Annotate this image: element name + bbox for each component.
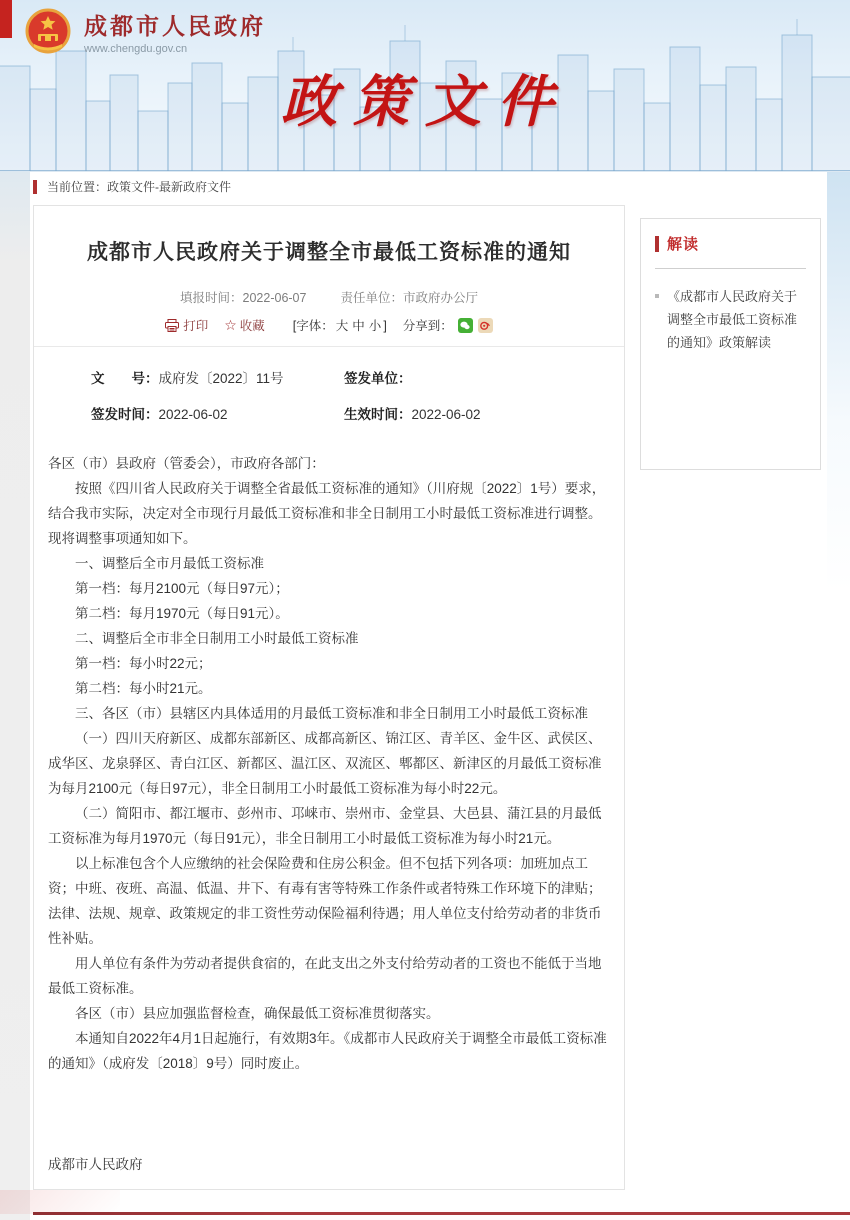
body-paragraph: 按照《四川省人民政府关于调整全省最低工资标准的通知》（川府规〔2022〕1号）要… xyxy=(48,476,611,551)
right-gutter xyxy=(827,172,850,592)
effective-date-field: 生效时间：2022-06-02 xyxy=(344,403,591,423)
font-size-medium-button[interactable]: 中 xyxy=(352,319,365,333)
unit-value: 市政府办公厅 xyxy=(403,291,478,305)
print-label: 打印 xyxy=(183,316,208,334)
footer-red-line xyxy=(33,1212,850,1215)
effective-date-value: 2022-06-02 xyxy=(412,407,481,422)
report-time-label: 填报时间： xyxy=(180,291,243,305)
sign-date-label: 签发时间： xyxy=(91,407,159,422)
share-label: 分享到： xyxy=(403,316,453,334)
document-meta: 填报时间：2022-06-07责任单位：市政府办公厅 xyxy=(34,288,624,306)
top-left-red-accent xyxy=(0,0,12,38)
favorite-button[interactable]: ☆ 收藏 xyxy=(224,316,265,334)
star-icon: ☆ xyxy=(224,317,237,334)
breadcrumb-path[interactable]: 政策文件-最新政府文件 xyxy=(107,180,231,194)
font-size-control: [字体：大中小] xyxy=(293,316,387,334)
wechat-share-icon[interactable] xyxy=(458,318,473,333)
body-paragraph: 第一档：每小时22元； xyxy=(48,651,611,676)
doc-number-value: 成府发〔2022〕11号 xyxy=(159,371,284,386)
interpretation-panel: 解读 《成都市人民政府关于调整全市最低工资标准的通知》政策解读 xyxy=(640,218,821,470)
body-paragraph: （二）简阳市、都江堰市、彭州市、邛崃市、崇州市、金堂县、大邑县、蒲江县的月最低工… xyxy=(48,801,611,851)
body-paragraph: （一）四川天府新区、成都东部新区、成都高新区、锦江区、青羊区、金牛区、武侯区、成… xyxy=(48,726,611,801)
breadcrumb: 当前位置：政策文件-最新政府文件 xyxy=(33,178,231,195)
issuer-label: 签发单位： xyxy=(344,371,412,386)
body-paragraph: 用人单位有条件为劳动者提供食宿的，在此支出之外支付给劳动者的工资也不能低于当地最… xyxy=(48,951,611,1001)
left-gutter xyxy=(0,172,30,1220)
sign-date-field: 签发时间：2022-06-02 xyxy=(91,403,344,423)
body-paragraph: 本通知自2022年4月1日起施行，有效期3年。《成都市人民政府关于调整全市最低工… xyxy=(48,1026,611,1076)
interpretation-link[interactable]: 《成都市人民政府关于调整全市最低工资标准的通知》政策解读 xyxy=(655,285,806,354)
body-paragraph: 三、各区（市）县辖区内具体适用的月最低工资标准和非全日制用工小时最低工资标准 xyxy=(48,701,611,726)
site-logo[interactable]: 成都市人民政府 www.chengdu.gov.cn xyxy=(24,8,266,56)
banner-title: 政策文件 xyxy=(0,58,850,138)
breadcrumb-label: 当前位置： xyxy=(47,180,107,194)
body-paragraph: 以上标准包含个人应缴纳的社会保险费和住房公积金。但不包括下列各项：加班加点工资；… xyxy=(48,851,611,951)
site-url: www.chengdu.gov.cn xyxy=(84,43,266,55)
body-paragraph: 第二档：每小时21元。 xyxy=(48,676,611,701)
sign-date-value: 2022-06-02 xyxy=(159,407,228,422)
body-paragraph: 第一档：每月2100元（每日97元）； xyxy=(48,576,611,601)
bottom-left-glow xyxy=(0,1190,120,1214)
national-emblem-icon xyxy=(24,8,72,56)
sidebar-divider xyxy=(655,268,806,269)
signature-block: 成都市人民政府 2022年6月2日 xyxy=(34,1148,624,1190)
document-panel: 成都市人民政府关于调整全市最低工资标准的通知 填报时间：2022-06-07责任… xyxy=(33,205,625,1190)
issuer-field: 签发单位： xyxy=(344,367,591,387)
font-prefix: [字体： xyxy=(293,319,334,333)
signature-date: 2022年6月2日 xyxy=(48,1181,624,1190)
document-toolbar: 打印 ☆ 收藏 [字体：大中小] 分享到： xyxy=(34,316,624,347)
effective-date-label: 生效时间： xyxy=(344,407,412,422)
header-banner: 成都市人民政府 www.chengdu.gov.cn 政策文件 xyxy=(0,0,850,172)
report-time-value: 2022-06-07 xyxy=(243,291,307,305)
body-paragraph: 第二档：每月1970元（每日91元）。 xyxy=(48,601,611,626)
signature-org: 成都市人民政府 xyxy=(48,1148,624,1181)
body-paragraph: 各区（市）县应加强监督检查，确保最低工资标准贯彻落实。 xyxy=(48,1001,611,1026)
unit-label: 责任单位： xyxy=(340,291,403,305)
font-size-small-button[interactable]: 小 xyxy=(369,319,382,333)
salutation: 各区（市）县政府（管委会），市政府各部门： xyxy=(48,451,611,476)
share-control: 分享到： xyxy=(403,316,493,334)
breadcrumb-red-bar xyxy=(33,180,37,194)
font-suffix: ] xyxy=(383,319,386,333)
favorite-label: 收藏 xyxy=(240,316,265,334)
interpretation-title: 解读 xyxy=(667,233,699,254)
interpretation-heading: 解读 xyxy=(655,233,806,254)
page: 成都市人民政府 www.chengdu.gov.cn 政策文件 当前位置：政策文… xyxy=(0,0,850,1220)
document-info: 文 号：成府发〔2022〕11号 签发单位： 签发时间：2022-06-02 生… xyxy=(91,367,591,423)
body-paragraph: 二、调整后全市非全日制用工小时最低工资标准 xyxy=(48,626,611,651)
print-button[interactable]: 打印 xyxy=(165,316,208,334)
weibo-share-icon[interactable] xyxy=(478,318,493,333)
document-title: 成都市人民政府关于调整全市最低工资标准的通知 xyxy=(34,236,624,266)
document-body: 各区（市）县政府（管委会），市政府各部门： 按照《四川省人民政府关于调整全省最低… xyxy=(34,451,624,1076)
doc-number-field: 文 号：成府发〔2022〕11号 xyxy=(91,367,344,387)
doc-number-label: 文 号： xyxy=(91,371,159,386)
font-size-large-button[interactable]: 大 xyxy=(336,319,349,333)
printer-icon xyxy=(165,319,179,332)
heading-red-bar xyxy=(655,236,659,252)
site-name[interactable]: 成都市人民政府 xyxy=(84,14,266,39)
body-paragraph: 一、调整后全市月最低工资标准 xyxy=(48,551,611,576)
